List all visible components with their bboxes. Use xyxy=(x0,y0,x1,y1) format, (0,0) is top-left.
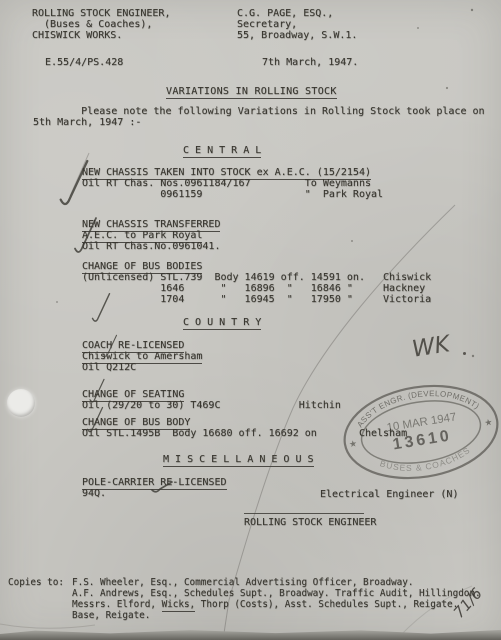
speck xyxy=(472,355,474,357)
sender-line: (Buses & Coaches), xyxy=(32,19,152,30)
checkmark-icon xyxy=(88,292,114,326)
signature-title: ROLLING STOCK ENGINEER xyxy=(244,517,376,528)
speck xyxy=(56,301,58,303)
section-heading-central: C E N T R A L xyxy=(183,145,261,158)
item-line: 94Q. xyxy=(82,488,106,499)
sender-line: CHISWICK WORKS. xyxy=(32,30,122,41)
copies-label: Copies to: xyxy=(8,578,64,589)
punch-hole xyxy=(7,389,35,417)
reference-number: E.55/4/PS.428 xyxy=(45,57,123,68)
checkmark-icon xyxy=(98,334,122,360)
stamp-star-left-icon: ★ xyxy=(348,438,358,449)
wrinkle-line xyxy=(0,624,95,628)
signature-block: ROLLING STOCK ENGINEER xyxy=(244,513,376,528)
stamp-star-right-icon: ★ xyxy=(484,417,494,428)
speck xyxy=(417,27,419,29)
item-line: 0961159 " Park Royal xyxy=(82,189,383,200)
recipient-line: C.G. PAGE, ESQ., xyxy=(237,8,333,19)
copies-line: Base, Reigate. xyxy=(72,611,150,622)
signature-rule xyxy=(244,513,364,514)
pen-dot xyxy=(463,352,466,355)
table-row: 1646 " 16896 " 16846 " Hackney xyxy=(82,283,425,294)
table-row: (Unlicensed) STL.739 Body 14619 off. 145… xyxy=(82,272,431,283)
torn-bottom-edge xyxy=(0,629,501,640)
intro-line: Please note the following Variations in … xyxy=(33,106,485,117)
item-line: Oil (29/20 to 30) T469C Hitchin xyxy=(82,400,341,411)
item-line: Oil RT Chas.No.0961041. xyxy=(82,241,220,252)
copies-line: F.S. Wheeler, Esq., Commercial Advertisi… xyxy=(72,578,413,589)
checkmark-icon xyxy=(84,378,110,406)
document-title: VARIATIONS IN ROLLING STOCK xyxy=(166,86,337,99)
checkmark-icon xyxy=(58,158,90,212)
sender-line: ROLLING STOCK ENGINEER, xyxy=(32,8,170,19)
checkmark-icon xyxy=(72,216,99,258)
speck xyxy=(351,240,353,242)
recipient-line: 55, Broadway, S.W.1. xyxy=(237,30,357,41)
handwritten-initials: WK xyxy=(410,331,451,363)
item-line: Oil Q212C xyxy=(82,362,136,373)
recipient-line: Secretary, xyxy=(237,19,297,30)
scanned-document: ROLLING STOCK ENGINEER, (Buses & Coaches… xyxy=(0,0,501,640)
checkmark-icon xyxy=(150,480,174,495)
copies-line: A.F. Andrews, Esq., Schedules Supt., Bro… xyxy=(72,589,481,600)
document-date: 7th March, 1947. xyxy=(262,57,358,68)
table-row: 1704 " 16945 " 17950 " Victoria xyxy=(82,294,431,305)
received-stamp: ASS'T ENGR. (DEVELOPMENT) BUSES & COACHE… xyxy=(327,363,501,501)
speck xyxy=(446,87,448,89)
intro-line: 5th March, 1947 :- xyxy=(33,117,141,128)
section-heading-miscellaneous: M I S C E L L A N E O U S xyxy=(163,454,314,467)
item-line: Oil RT Chas. Nos.0961184/167 To Weymanns xyxy=(82,178,371,189)
section-heading-country: C O U N T R Y xyxy=(183,317,261,330)
checkmark-icon xyxy=(82,406,108,436)
speck xyxy=(471,9,473,11)
